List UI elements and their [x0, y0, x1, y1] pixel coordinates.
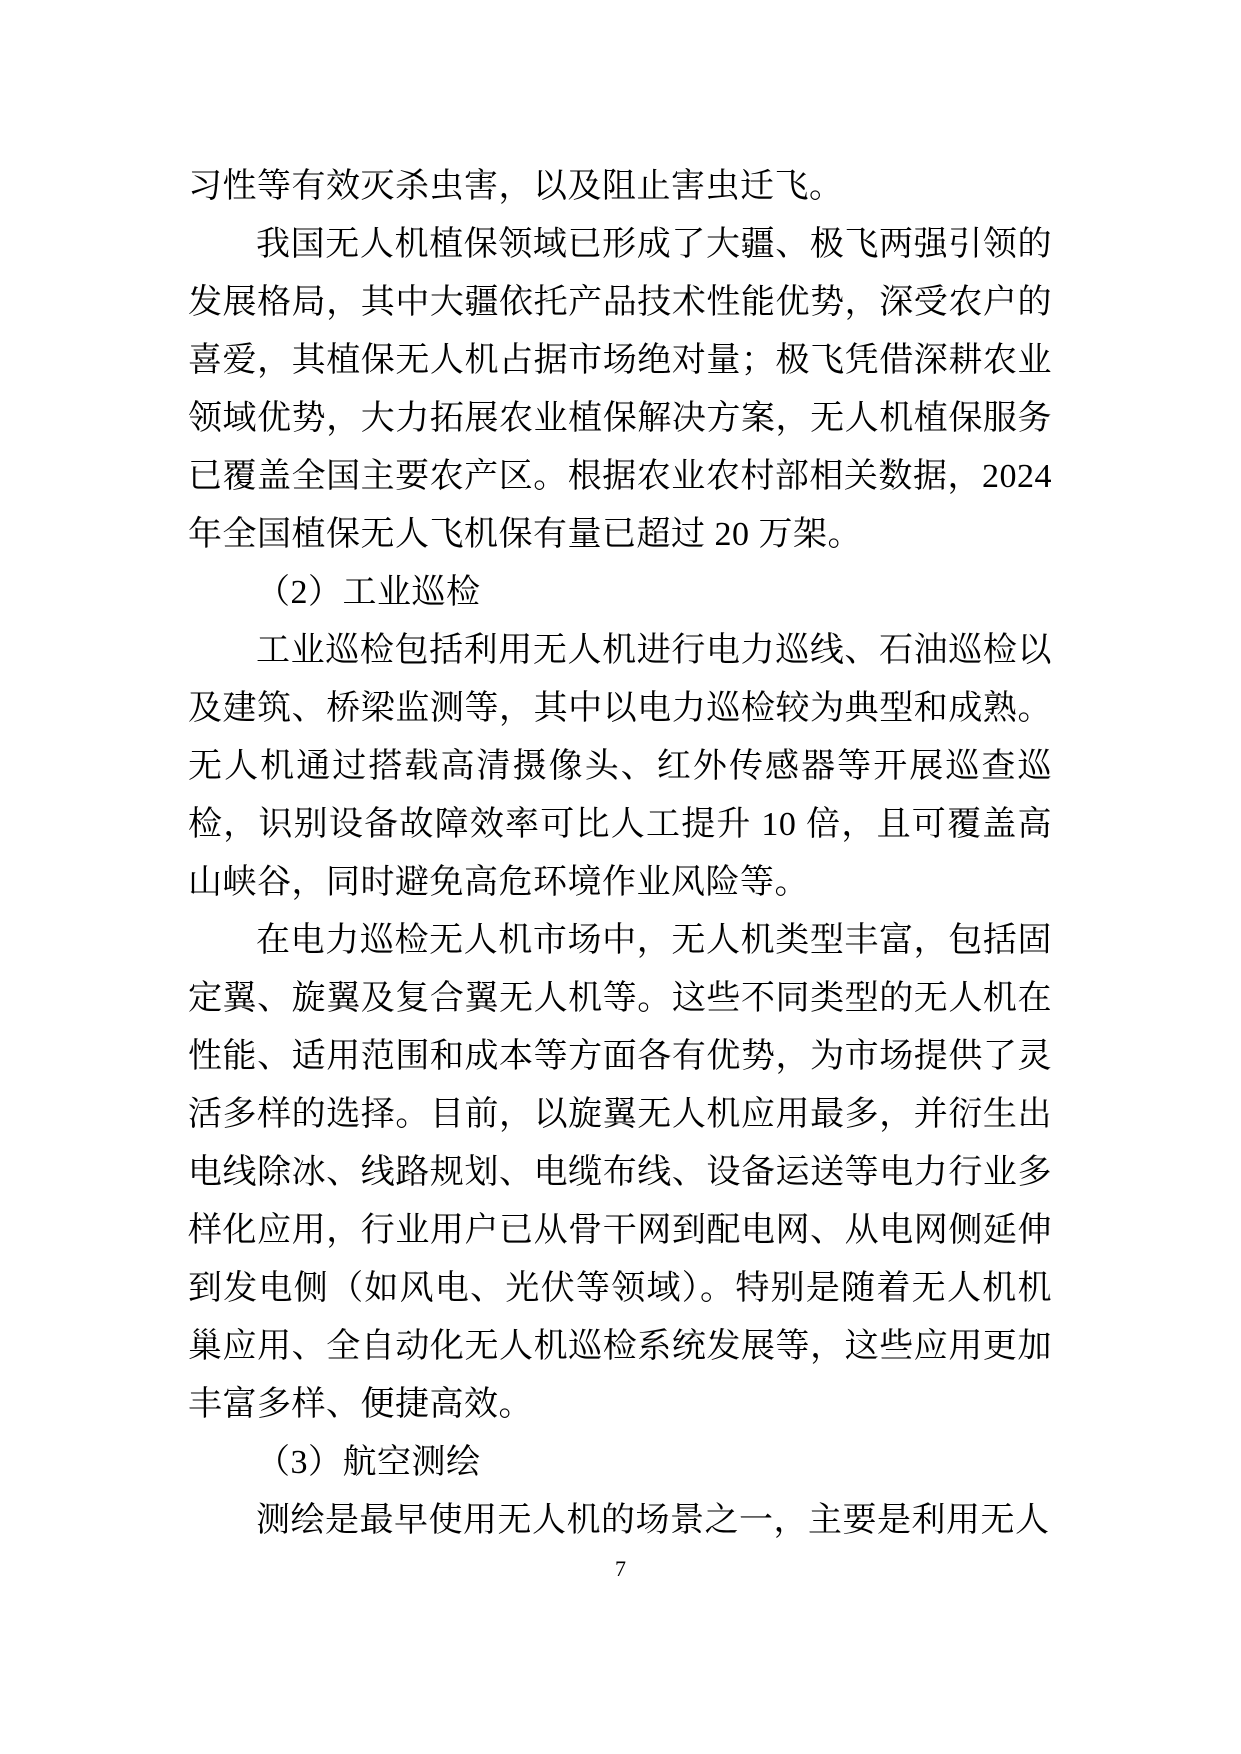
paragraph: 我国无人机植保领域已形成了大疆、极飞两强引领的发展格局，其中大疆依托产品技术性能…: [188, 216, 1052, 564]
section-heading: （3）航空测绘: [188, 1434, 1052, 1492]
paragraph: 习性等有效灭杀虫害，以及阻止害虫迁飞。: [188, 158, 1052, 216]
paragraph: 测绘是最早使用无人机的场景之一，主要是利用无人: [188, 1492, 1052, 1550]
section-heading: （2）工业巡检: [188, 564, 1052, 622]
document-body: 习性等有效灭杀虫害，以及阻止害虫迁飞。我国无人机植保领域已形成了大疆、极飞两强引…: [188, 158, 1052, 1550]
page-footer: 7: [0, 1556, 1241, 1582]
page-number: 7: [615, 1556, 626, 1581]
document-page: 习性等有效灭杀虫害，以及阻止害虫迁飞。我国无人机植保领域已形成了大疆、极飞两强引…: [0, 0, 1241, 1754]
paragraph: 工业巡检包括利用无人机进行电力巡线、石油巡检以及建筑、桥梁监测等，其中以电力巡检…: [188, 622, 1052, 912]
paragraph: 在电力巡检无人机市场中，无人机类型丰富，包括固定翼、旋翼及复合翼无人机等。这些不…: [188, 912, 1052, 1434]
